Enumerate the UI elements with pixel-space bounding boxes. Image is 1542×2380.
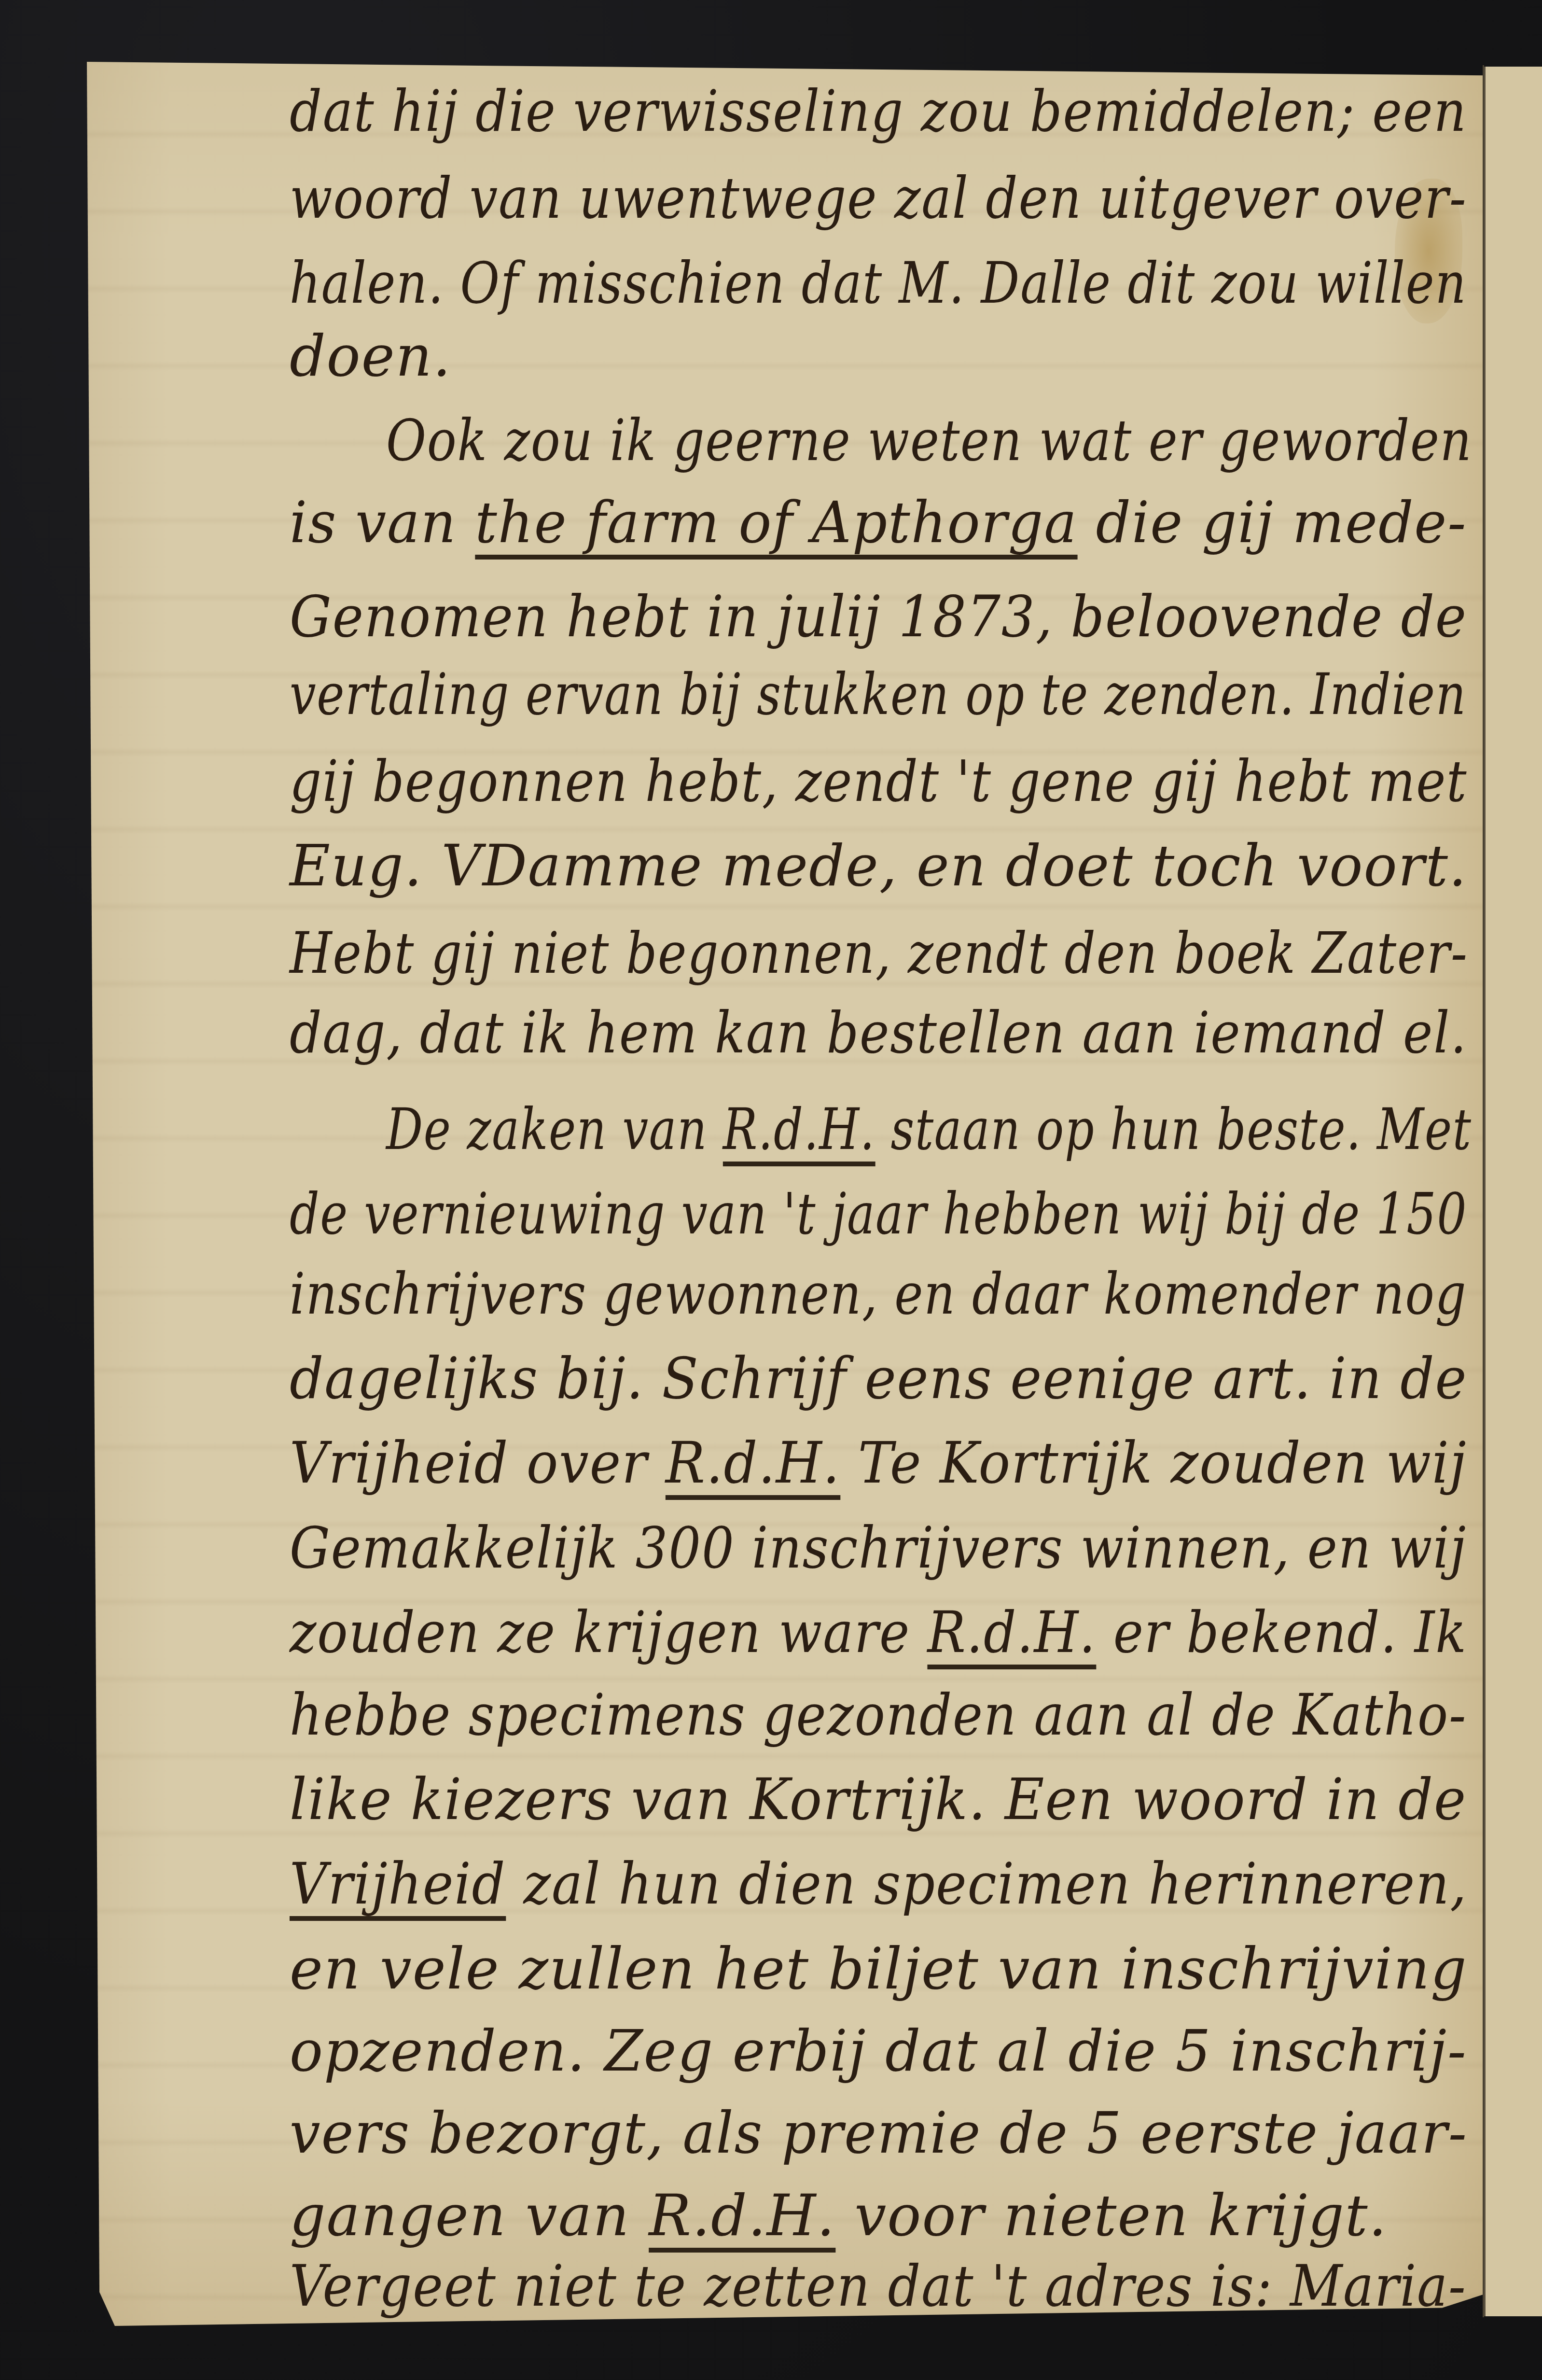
- text-segment: Vrijheid over: [290, 1429, 666, 1496]
- text-line: doen.: [290, 320, 1467, 392]
- text-line: vertaling ervan bij stukken op te zenden…: [290, 658, 1268, 730]
- underlined-title: Vrijheid: [290, 1850, 506, 1917]
- text-line: Vergeet niet te zetten dat 't adres is: …: [290, 2250, 1360, 2322]
- text-segment: Te Kortrijk zouden wij: [840, 1429, 1467, 1496]
- text-line: like kiezers van Kortrijk. Een woord in …: [290, 1763, 1421, 1835]
- text-line: Vrijheid zal hun dien specimen herinnere…: [290, 1848, 1378, 1920]
- text-line: gangen van R.d.H. voor nieten krijgt.: [290, 2179, 1467, 2252]
- underlined-title: R.d.H.: [666, 1429, 840, 1496]
- text-line: Eug. VDamme mede, en doet toch voort.: [290, 829, 1452, 902]
- text-line: gij begonnen hebt, zendt 't gene gij heb…: [290, 745, 1334, 817]
- underlined-title: R.d.H.: [927, 1599, 1096, 1666]
- text-line: opzenden. Zeg erbij dat al die 5 inschri…: [290, 2015, 1448, 2087]
- text-segment: die gij mede-: [1078, 489, 1467, 556]
- text-line: Vrijheid over R.d.H. Te Kortrijk zouden …: [290, 1427, 1392, 1499]
- text-segment: De zaken van: [386, 1096, 723, 1162]
- text-line: inschrijvers gewonnen, en daar komender …: [290, 1258, 1303, 1330]
- underlined-title: R.d.H.: [723, 1096, 875, 1162]
- text-line: Genomen hebt in julij 1873, beloovende d…: [290, 580, 1388, 653]
- text-line: Hebt gij niet begonnen, zendt den boek Z…: [290, 917, 1306, 989]
- text-line: woord van uwentwege zal den uitgever ove…: [290, 162, 1336, 234]
- text-line: dag, dat ik hem kan bestellen aan iemand…: [290, 996, 1339, 1069]
- text-line: De zaken van R.d.H. staan op hun beste. …: [386, 1093, 1347, 1165]
- underlined-title: R.d.H.: [649, 2182, 835, 2249]
- text-line: Ook zou ik geerne weten wat er geworden: [386, 404, 1410, 476]
- text-segment: voor nieten krijgt.: [835, 2182, 1387, 2249]
- text-line: dagelijks bij. Schrijf eens eenige art. …: [290, 1342, 1401, 1414]
- text-line: is van the farm of Apthorga die gij mede…: [290, 486, 1434, 559]
- text-segment: zal hun dien specimen herinneren,: [506, 1850, 1467, 1917]
- text-line: zouden ze krijgen ware R.d.H. er bekend.…: [290, 1596, 1354, 1668]
- text-line: hebbe specimens gezonden aan al de Katho…: [290, 1679, 1350, 1751]
- text-segment: gangen van: [290, 2182, 649, 2249]
- handwritten-text: dat hij die verwisseling zou bemiddelen;…: [0, 0, 1542, 2380]
- text-line: de vernieuwing van 't jaar hebben wij bi…: [290, 1177, 1264, 1250]
- text-line: halen. Of misschien dat M. Dalle dit zou…: [290, 247, 1296, 319]
- underlined-title: the farm of Apthorga: [475, 489, 1077, 556]
- text-segment: is van: [290, 489, 475, 556]
- text-line: Gemakkelijk 300 inschrijvers winnen, en …: [290, 1512, 1352, 1584]
- text-line: vers bezorgt, als premie de 5 eerste jaa…: [290, 2097, 1429, 2169]
- text-segment: zouden ze krijgen ware: [290, 1599, 927, 1666]
- text-line: dat hij die verwisseling zou bemiddelen;…: [290, 75, 1346, 147]
- text-segment: er bekend. Ik: [1096, 1599, 1467, 1666]
- text-line: en vele zullen het biljet van inschrijvi…: [290, 1932, 1466, 2005]
- text-segment: staan op hun beste. Met: [875, 1096, 1472, 1162]
